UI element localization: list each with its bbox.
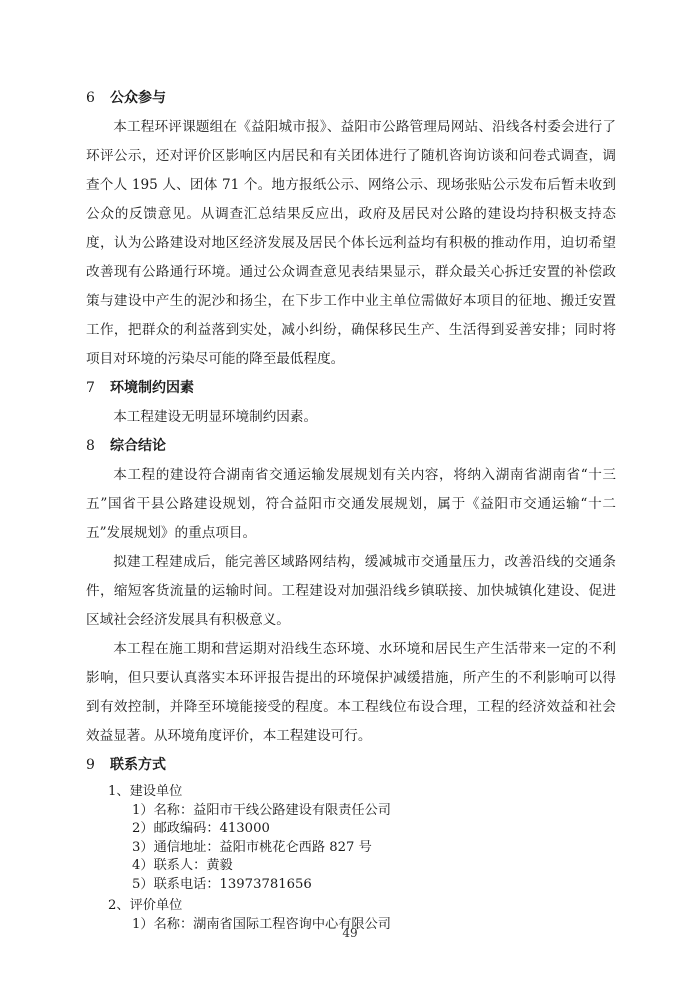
paragraph: 拟建工程建成后，能完善区域路网结构，缓减城市交通量压力，改善沿线的交通条件，缩短… bbox=[86, 548, 616, 635]
section-title: 公众参与 bbox=[110, 90, 166, 106]
section-number: 8 bbox=[86, 432, 110, 461]
section-number: 6 bbox=[86, 84, 110, 113]
section-heading-8: 8综合结论 bbox=[86, 432, 616, 461]
contact-item: 4）联系人：黄毅 bbox=[86, 857, 616, 876]
contact-group-label: 2、评价单位 bbox=[86, 897, 616, 916]
section-heading-9: 9联系方式 bbox=[86, 751, 616, 780]
document-page: 6公众参与 本工程环评课题组在《益阳城市报》、益阳市公路管理局网站、沿线各村委会… bbox=[86, 84, 616, 934]
paragraph: 本工程在施工期和营运期对沿线生态环境、水环境和居民生产生活带来一定的不利影响，但… bbox=[86, 635, 616, 751]
contact-info: 1、建设单位 1）名称：益阳市干线公路建设有限责任公司 2）邮政编码：41300… bbox=[86, 783, 616, 934]
section-title: 联系方式 bbox=[110, 757, 166, 773]
contact-item: 3）通信地址：益阳市桃花仑西路 827 号 bbox=[86, 839, 616, 858]
section-title: 环境制约因素 bbox=[110, 380, 194, 396]
page-number: 49 bbox=[0, 926, 700, 940]
contact-item: 2）邮政编码：413000 bbox=[86, 820, 616, 839]
contact-group-label: 1、建设单位 bbox=[86, 783, 616, 802]
paragraph: 本工程环评课题组在《益阳城市报》、益阳市公路管理局网站、沿线各村委会进行了环评公… bbox=[86, 113, 616, 374]
section-title: 综合结论 bbox=[110, 438, 166, 454]
contact-item: 5）联系电话：13973781656 bbox=[86, 876, 616, 895]
section-number: 7 bbox=[86, 374, 110, 403]
section-heading-7: 7环境制约因素 bbox=[86, 374, 616, 403]
paragraph: 本工程的建设符合湖南省交通运输发展规划有关内容，将纳入湖南省湖南省“十三五”国省… bbox=[86, 461, 616, 548]
section-number: 9 bbox=[86, 751, 110, 780]
paragraph: 本工程建设无明显环境制约因素。 bbox=[86, 403, 616, 432]
contact-item: 1）名称：益阳市干线公路建设有限责任公司 bbox=[86, 802, 616, 821]
section-heading-6: 6公众参与 bbox=[86, 84, 616, 113]
